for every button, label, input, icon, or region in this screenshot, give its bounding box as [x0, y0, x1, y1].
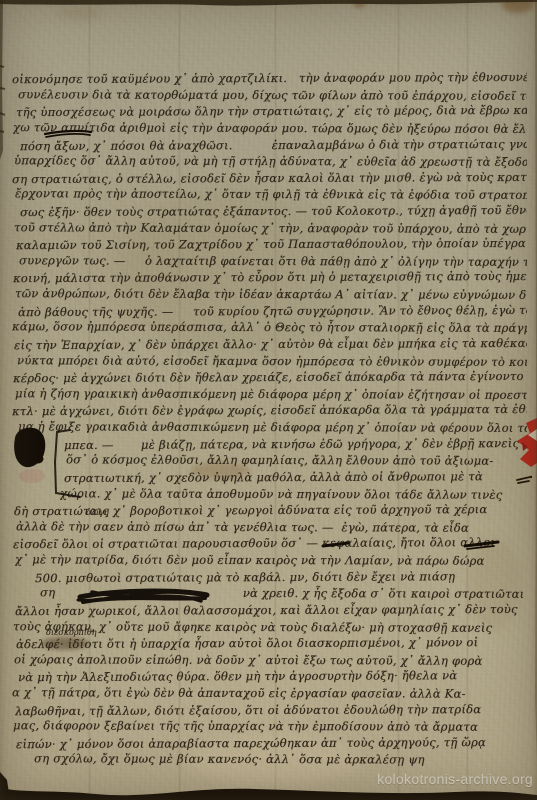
manuscript-line: μα ἡ ἔφιξε γραικαδιὰ ἀνθασπικώμενη μὲ δι… — [18, 418, 527, 437]
manuscript-line: καλαμιῶν τοῦ Σισίνη, τοῦ Ζαχτρίδου χ᾽ το… — [16, 235, 527, 254]
manuscript-line: ση σχόλω, ὄχι ὅμως μὲ βίαν κανενός· ἀλλ᾽… — [34, 751, 527, 770]
manuscript-line: εἰς τὴν Ἐπαρχίαν, χ᾽ δὲν ὑπάρχει ἄλλο· χ… — [14, 335, 527, 354]
manuscript-line: τῶν ἀνθρώπων, διότι δὲν ἔλαβα τὴν ἰδέαν … — [15, 285, 527, 304]
manuscript-line: μας, διάφορον ξεβαίνει τῆς τῆς ὑπαρχίας … — [13, 717, 527, 736]
manuscript-line: ση νὰ χρειθ. χ ἧς ἔξοδα σ᾽ ὅτι καιροὶ στ… — [40, 584, 527, 603]
manuscript-line: στρατιωτική, χ᾽ σχεδὸν ὑψηλὰ μαθόλα, ἀλλ… — [64, 468, 527, 487]
archive-watermark: kolokotronis-archive.org — [377, 771, 533, 787]
manuscript-line: σως ἐξῆν· ὅθεν τοὺς στρατιώτας ἐξάπαντος… — [20, 202, 527, 221]
interlinear-insertion: ὀλίγη — [86, 508, 109, 517]
manuscript-line: κέρδος· μὲ ἀγχώνει διότι δὲν ἤθελαν χρει… — [13, 368, 527, 387]
manuscript-line: ἄλλοι ἦσαν χωρικοί, ἄλλοι θαλασσομάχοι, … — [15, 601, 527, 620]
manuscript-line: χω τῶν απνίτιδα ἀριθμοὶ εἰς τὴν ἀναφοράν… — [13, 119, 527, 138]
manuscript-line: τῆς ὑποσχέσεως νὰ μοιράσω ὅλην τὴν στρατ… — [16, 102, 527, 121]
manuscript-line: χ᾽ μὲ τὴν πατρίδα, διότι δὲν μοῦ εἶπαν κ… — [15, 551, 527, 570]
manuscript-line: α χ᾽ τῇ πάτρα, ὅτι ἐγὼ δὲν θὰ ἀπανταχοῦ … — [12, 684, 527, 703]
handwriting-layer: οἰκονόμησε τοῦ καϋμένου χ᾽ ἀπὸ χαρτζιλίκ… — [0, 0, 537, 800]
manuscript-page: οἰκονόμησε τοῦ καϋμένου χ᾽ ἀπὸ χαρτζιλίκ… — [0, 0, 537, 800]
manuscript-line: οἰκονόμησε τοῦ καϋμένου χ᾽ ἀπὸ χαρτζιλίκ… — [12, 69, 527, 88]
interlinear-insertion: διεσκορπίθη — [46, 628, 96, 637]
manuscript-line: ὑπαρχίδες ὅσ᾽ ἄλλη αὐτοῦ, νὰ μὴ τῇ στήλῃ… — [14, 152, 527, 171]
manuscript-line: ὅσ᾽ ὁ κόσμος ἐλθοῦσι, ἄλλη φαμηλίαις, ἄλ… — [66, 452, 527, 470]
